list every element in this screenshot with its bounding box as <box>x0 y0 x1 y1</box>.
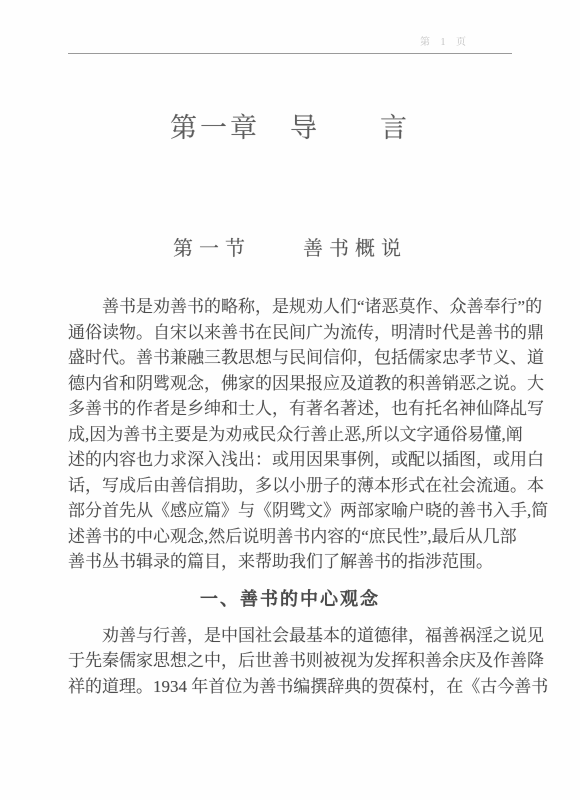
text-line: 成,因为善书主要是为劝戒民众行善止恶,所以文字通俗易懂,阐 <box>68 422 512 448</box>
text-line: 盛时代。善书兼融三教思想与民间信仰，包括儒家忠孝节义、道 <box>68 345 512 371</box>
section-title: 第一节 善书概说 <box>68 234 512 264</box>
text-line: 于先秦儒家思想之中，后世善书则被视为发挥积善余庆及作善降 <box>68 648 512 674</box>
text-line: 善书丛书辑录的篇目，来帮助我们了解善书的指涉范围。 <box>68 549 512 575</box>
text-line: 善书是劝善书的略称，是规劝人们“诸恶莫作、众善奉行”的 <box>68 294 512 320</box>
text-line: 话，写成后由善信捐助，多以小册子的薄本形式在社会流通。本 <box>68 473 512 499</box>
text-line: 述善书的中心观念,然后说明善书内容的“庶民性”,最后从几部 <box>68 524 512 550</box>
chapter-title: 第一章 导 言 <box>68 108 512 148</box>
text-line: 祥的道理。1934 年首位为善书编撰辞典的贺葆村，在《古今善书 <box>68 674 512 700</box>
text-line: 通俗读物。自宋以来善书在民间广为流传，明清时代是善书的鼎 <box>68 320 512 346</box>
text-line: 述的内容也力求深入浅出：或用因果事例，或配以插图，或用白 <box>68 447 512 473</box>
text-line: 多善书的作者是乡绅和士人，有著名著述，也有托名神仙降乩写 <box>68 396 512 422</box>
text-line: 德内省和阴骘观念，佛家的因果报应及道教的积善销恶之说。大 <box>68 371 512 397</box>
text-line: 劝善与行善，是中国社会最基本的道德律，福善祸淫之说见 <box>68 623 512 649</box>
page-number: 第 1 页 <box>420 33 470 48</box>
book-page: 第 1 页 第一章 导 言 第一节 善书概说 善书是劝善书的略称，是规劝人们“诸… <box>0 0 580 800</box>
page-header: 第 1 页 <box>68 0 512 54</box>
text-line: 部分首先从《感应篇》与《阴骘文》两部家喻户晓的善书入手,简 <box>68 498 512 524</box>
paragraph-central-concepts: 劝善与行善，是中国社会最基本的道德律，福善祸淫之说见 于先秦儒家思想之中，后世善… <box>68 623 512 700</box>
paragraph-shanshu-overview: 善书是劝善书的略称，是规劝人们“诸恶莫作、众善奉行”的 通俗读物。自宋以来善书在… <box>68 294 512 575</box>
subsection-title: 一、善书的中心观念 <box>68 585 512 613</box>
